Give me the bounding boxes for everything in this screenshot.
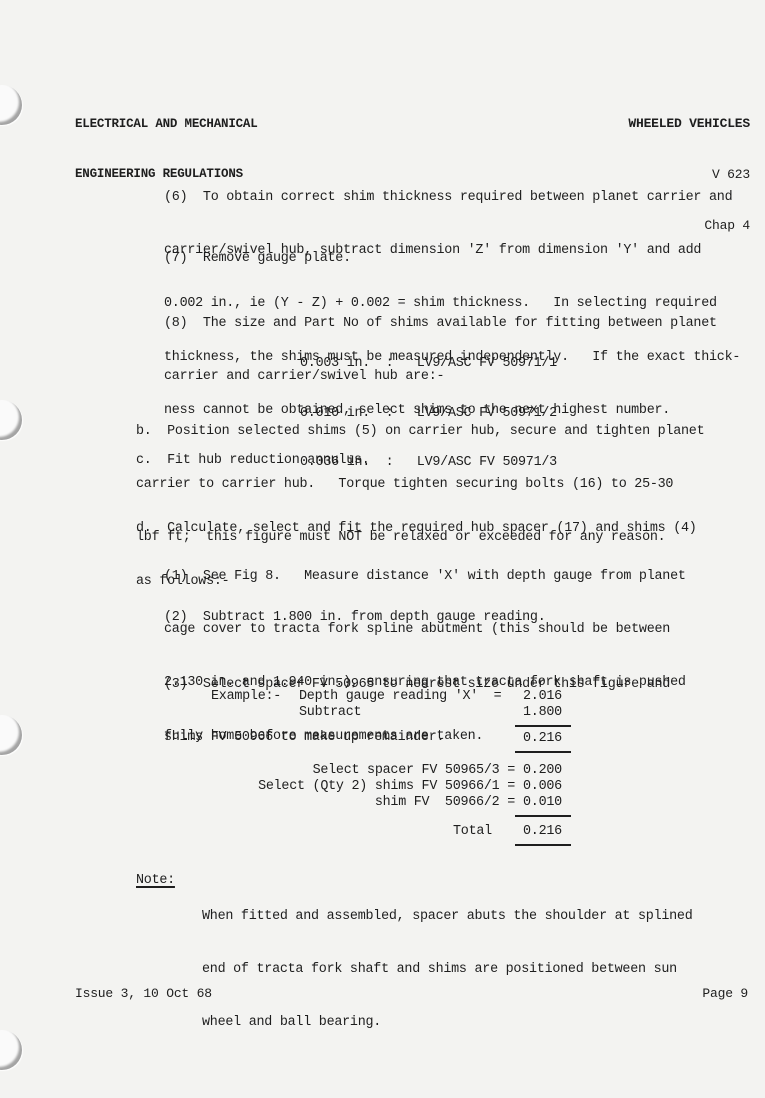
binder-hole [0, 400, 22, 440]
selection-text: shim FV 50966/2 = [375, 794, 515, 812]
sum-rule [515, 815, 571, 817]
step-7: (7) Remove gauge plate. [164, 250, 351, 268]
step-d3-line: shims FV 50966 to make up remainder. [164, 729, 670, 747]
step-d1-line: (1) See Fig 8. Measure distance 'X' with… [164, 568, 686, 586]
note-line: When fitted and assembled, spacer abuts … [202, 908, 693, 926]
total-label: Total [453, 823, 492, 841]
sum-rule [515, 751, 571, 753]
step-d2: (2) Subtract 1.800 in. from depth gauge … [164, 609, 546, 627]
note-line: wheel and ball bearing. [202, 1014, 693, 1032]
example-row-value: 1.800 [523, 704, 562, 722]
example-difference: 0.216 [523, 730, 562, 748]
shim-row: 0.003 in. : LV9/ASC FV 50971/1 [300, 356, 557, 373]
document-page: ELECTRICAL AND MECHANICAL ENGINEERING RE… [0, 0, 765, 1098]
footer-page-number: Page 9 [702, 985, 748, 1003]
shim-size: 0.003 in. [300, 356, 370, 371]
shim-part: LV9/ASC FV 50971/1 [417, 356, 557, 371]
binder-hole [0, 85, 22, 125]
sum-rule [515, 844, 571, 846]
note-label: Note: [136, 872, 175, 890]
note-text: When fitted and assembled, spacer abuts … [202, 872, 693, 1068]
selection-value: 0.010 [523, 794, 562, 812]
binder-hole [0, 715, 22, 755]
footer-issue: Issue 3, 10 Oct 68 [75, 985, 212, 1003]
sum-rule [515, 725, 571, 727]
item-c: c. Fit hub reduction annulus. [136, 452, 370, 470]
item-b-line: b. Position selected shims (5) on carrie… [136, 423, 704, 441]
step-6-line: (6) To obtain correct shim thickness req… [164, 189, 740, 207]
header-org-line-1: ELECTRICAL AND MECHANICAL [75, 116, 258, 133]
example-row-text: Subtract [299, 704, 361, 722]
header-title: WHEELED VEHICLES [628, 115, 750, 132]
total-value: 0.216 [523, 823, 562, 841]
binder-hole [0, 1030, 22, 1070]
note-line: end of tracta fork shaft and shims are p… [202, 961, 693, 979]
example-label: Example:- [211, 688, 281, 706]
